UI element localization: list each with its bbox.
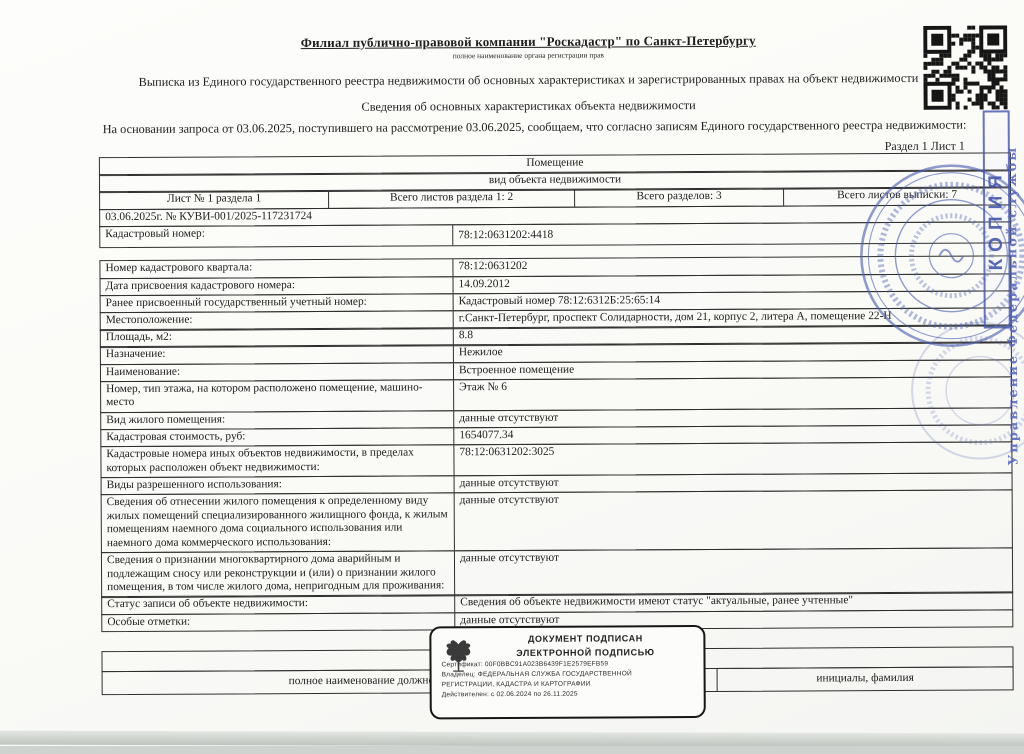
table-row: Кадастровые номера иных объектов недвижи…: [100, 441, 1012, 478]
row-label: Площадь, м2:: [101, 329, 454, 347]
row-label: Вид жилого помещения:: [101, 411, 454, 429]
row-label: Статус записи об объекте недвижимости:: [102, 596, 455, 614]
row-label: Особые отметки:: [102, 613, 455, 631]
scanner-edge-shadow: [0, 731, 1024, 746]
stamp-certificate: Сертификат: 00F0BBC91A023B6439F1E2579EFB…: [442, 660, 696, 668]
sheet-number-cell: Лист № 1 раздела 1: [100, 191, 329, 209]
row-value: Сведения об объекте недвижимости имеют с…: [455, 593, 1012, 613]
row-label: Сведения о признании многоквартирного до…: [102, 551, 455, 597]
stamp-validity: Действителен: с 02.06.2024 по 26.11.2025: [442, 690, 696, 698]
row-label: Номер, тип этажа, на котором расположено…: [101, 380, 454, 412]
extract-title: Выписка из Единого государственного реес…: [58, 70, 998, 90]
row-value: данные отсутствуют: [455, 548, 1012, 595]
sections-total-cell: Всего разделов: 3: [575, 189, 784, 207]
section-sheets-cell: Всего листов раздела 1: 2: [329, 190, 575, 208]
row-label: Кадастровая стоимость, руб:: [101, 428, 454, 446]
qr-code-icon: [923, 25, 1007, 109]
row-label: Назначение:: [101, 346, 454, 364]
row-label: Виды разрешенного использования:: [102, 476, 455, 494]
stamp-owner-1: Владелец: ФЕДЕРАЛЬНАЯ СЛУЖБА ГОСУДАРСТВЕ…: [442, 670, 696, 678]
stamp-line-2: ЭЛЕКТРОННОЙ ПОДПИСЬЮ: [441, 647, 695, 658]
row-value: данные отсутствуют: [455, 473, 1012, 493]
row-label: Местоположение:: [101, 311, 454, 329]
copy-stamp: КОПИЯ: [983, 110, 1011, 328]
document-header: Филиал публично-правовой компании "Роска…: [58, 31, 998, 116]
scanned-document-page: Филиал публично-правовой компании "Роска…: [0, 0, 1024, 746]
stamp-line-1: ДОКУМЕНТ ПОДПИСАН: [441, 633, 695, 644]
row-label: Ранее присвоенный государственный учетны…: [101, 294, 454, 312]
row-label: Кадастровые номера иных объектов недвижи…: [101, 445, 454, 477]
table-row: Номер, тип этажа, на котором расположено…: [100, 376, 1012, 413]
coat-of-arms-icon: [443, 636, 473, 676]
digital-signature-stamp: ДОКУМЕНТ ПОДПИСАН ЭЛЕКТРОННОЙ ПОДПИСЬЮ С…: [429, 625, 705, 719]
initials-surname-caption: инициалы, фамилия: [718, 667, 1013, 691]
cadastral-number-label: Кадастровый номер:: [100, 225, 453, 247]
row-label: Наименование:: [101, 363, 454, 381]
row-label: Дата присвоения кадастрового номера:: [101, 277, 454, 295]
request-basis-line: На основании запроса от 03.06.2025, пост…: [103, 117, 1003, 137]
row-label: Сведения об отнесении жилого помещения к…: [102, 493, 455, 552]
row-value: данные отсутствуют: [455, 490, 1012, 550]
row-label: Номер кадастрового квартала:: [100, 260, 453, 278]
table-row: Сведения об отнесении жилого помещения к…: [101, 489, 1013, 553]
stamp-owner-2: РЕГИСТРАЦИИ, КАДАСТРА И КАРТОГРАФИИ: [442, 680, 696, 688]
request-number: 03.06.2025г. № КУВИ-001/2025-117231724: [100, 209, 317, 227]
extract-subtitle: Сведения об основных характеристиках объ…: [59, 96, 999, 116]
table-row: Сведения о признании многоквартирного до…: [101, 547, 1013, 598]
